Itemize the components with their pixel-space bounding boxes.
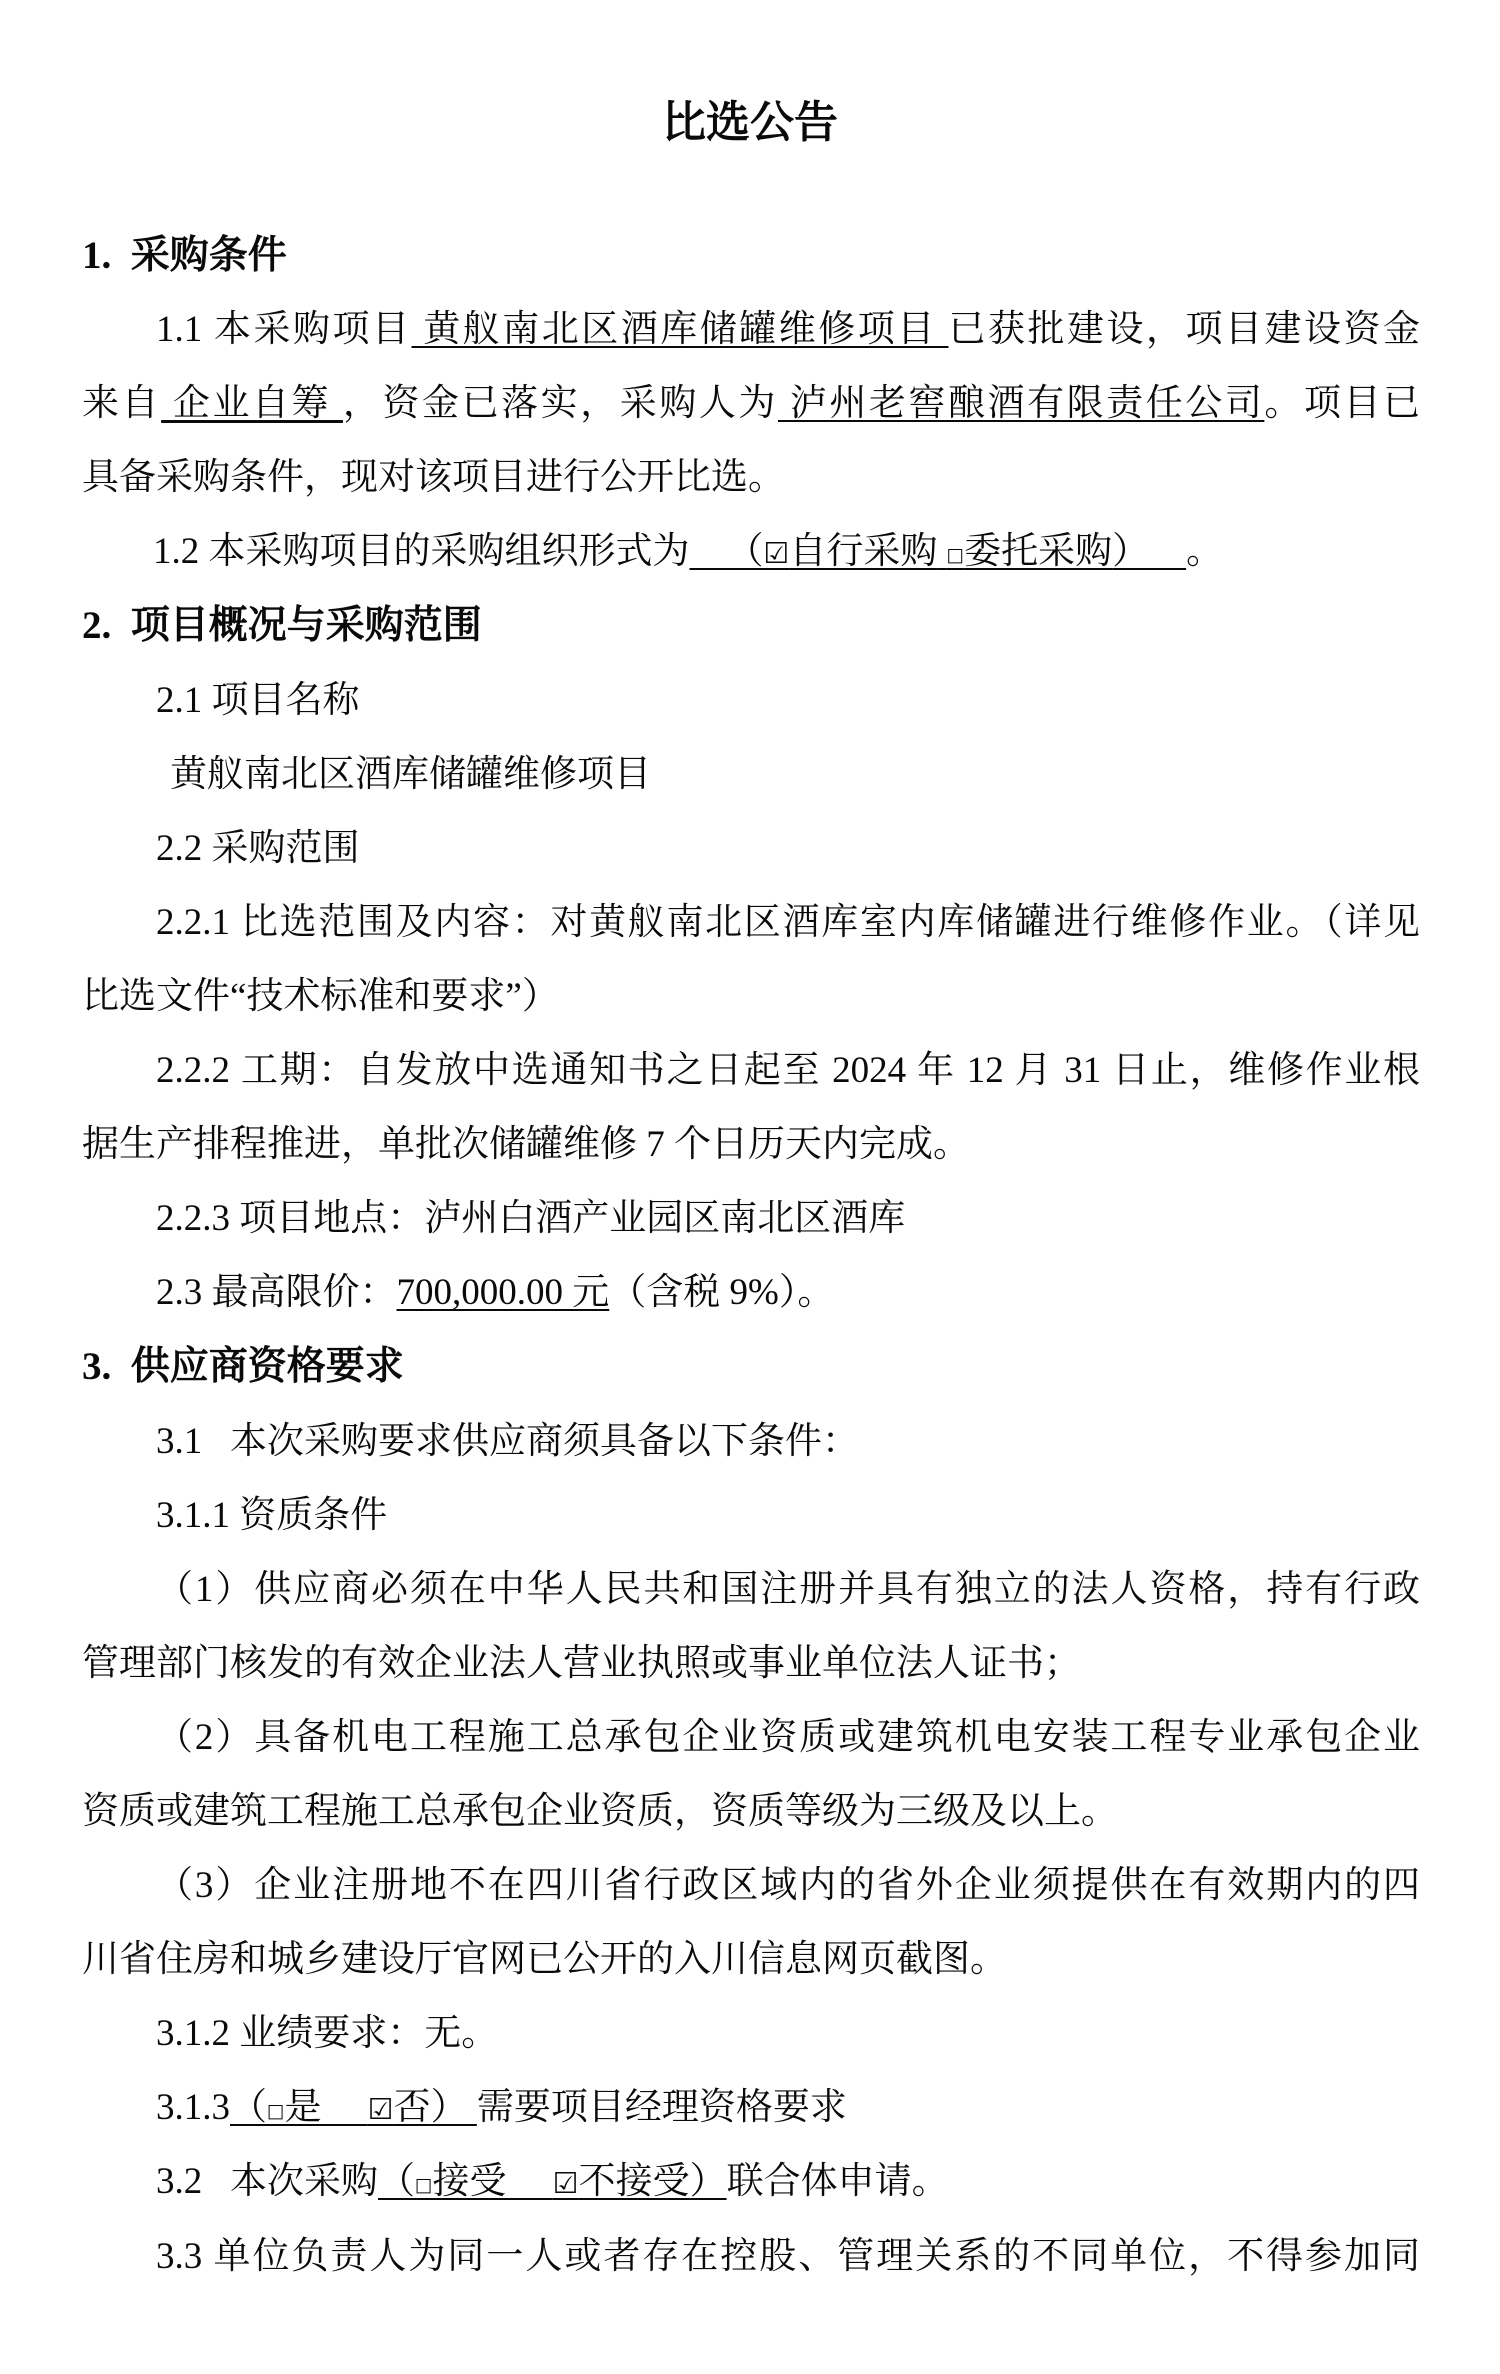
paren-open: （ — [690, 531, 764, 572]
clause-3-1-1: 3.1.1 资质条件 — [82, 1479, 1420, 1553]
clause-3-2: 3.2 本次采购（□接受 ☑不接受）联合体申请。 — [82, 2145, 1420, 2219]
clause-number: 3.1.2 — [156, 2013, 239, 2054]
clause-number: 2.2.1 — [156, 902, 241, 943]
fund-source-field: 企业自筹 — [161, 383, 343, 424]
clause-text: 本采购项目 — [214, 309, 412, 350]
clause-2-1: 2.1 项目名称 — [82, 664, 1420, 738]
clause-number: 3.1 — [156, 1421, 230, 1462]
option-entrusted-procurement: 委托采购 — [964, 531, 1112, 572]
section-heading-procurement-conditions: 1. 采购条件 — [82, 219, 1420, 293]
clause-2-2-2-line-1: 2.2.2 工期：自发放中选通知书之日起至 2024 年 12 月 31 日止，… — [82, 1034, 1420, 1108]
paren-open: （ — [230, 2087, 267, 2128]
clause-1-1-line-1: 1.1 本采购项目 黄舣南北区酒库储罐维修项目 已获批建设，项目建设资金 — [82, 293, 1420, 367]
clause-number: 1.1 — [156, 309, 214, 350]
item-marker: （1） — [156, 1569, 254, 1610]
checkbox-checked-icon: ☑ — [368, 2092, 394, 2126]
option-accept: 接受 — [432, 2161, 506, 2202]
clause-number: 3.1.1 — [156, 1495, 239, 1536]
option-reject: 不接受 — [579, 2161, 690, 2202]
qualification-item-2-line-1: （2）具备机电工程施工总承包企业资质或建筑机电安装工程专业承包企业 — [82, 1701, 1420, 1775]
paren-close: ） — [690, 2161, 727, 2202]
paren-close: ） — [1112, 531, 1186, 572]
clause-2-2-2-line-2: 据生产排程推进，单批次储罐维修 7 个日历天内完成。 — [82, 1108, 1420, 1182]
clause-number: 3.3 — [156, 2236, 213, 2277]
clause-text: 本采购项目的采购组织形式为 — [209, 531, 690, 572]
clause-text: 联合体申请。 — [727, 2161, 949, 2202]
clause-2-3: 2.3 最高限价：700,000.00 元（含税 9%）。 — [82, 1256, 1420, 1330]
item-marker: （2） — [156, 1717, 254, 1758]
qualification-item-1-line-1: （1）供应商必须在中华人民共和国注册并具有独立的法人资格，持有行政 — [82, 1553, 1420, 1627]
section-heading-supplier-qualifications: 3. 供应商资格要求 — [82, 1330, 1420, 1404]
clause-text: 需要项目经理资格要求 — [477, 2087, 847, 2128]
section-heading-project-overview: 2. 项目概况与采购范围 — [82, 589, 1420, 663]
spacer — [321, 2087, 367, 2128]
document-page: 比选公告 1. 采购条件 1.1 本采购项目 黄舣南北区酒库储罐维修项目 已获批… — [0, 0, 1500, 2374]
clause-3-1: 3.1 本次采购要求供应商须具备以下条件： — [82, 1405, 1420, 1479]
clause-text: ，资金已落实，采购人为 — [343, 383, 778, 424]
project-name: 黄舣南北区酒库储罐维修项目 — [82, 738, 1420, 812]
option-yes: 是 — [284, 2087, 321, 2128]
clause-1-1-line-3: 具备采购条件，现对该项目进行公开比选。 — [82, 441, 1420, 515]
clause-text: 比选范围及内容：对黄舣南北区酒库室内库储罐进行维修作业。（详见 — [241, 902, 1420, 943]
clause-3-3-line-1: 3.3 单位负责人为同一人或者存在控股、管理关系的不同单位，不得参加同 — [82, 2220, 1420, 2294]
procurement-form-options: （☑自行采购 □委托采购） — [690, 531, 1187, 572]
clause-text: 资质条件 — [239, 1495, 387, 1536]
clause-text: 。项目已 — [1264, 383, 1420, 424]
clause-number: 2.2.2 — [156, 1050, 241, 1091]
spacer — [937, 531, 946, 572]
qualification-item-2-line-2: 资质或建筑工程施工总承包企业资质，资质等级为三级及以上。 — [82, 1775, 1420, 1849]
qualification-item-3-line-2: 川省住房和城乡建设厅官网已公开的入川信息网页截图。 — [82, 1923, 1420, 1997]
clause-text: 本次采购 — [230, 2161, 378, 2202]
clause-text: 已获批建设，项目建设资金 — [949, 309, 1421, 350]
clause-2-2-3: 2.2.3 项目地点：泸州白酒产业园区南北区酒库 — [82, 1182, 1420, 1256]
checkbox-unchecked-icon: □ — [267, 2101, 284, 2122]
item-text: 企业注册地不在四川省行政区域内的省外企业须提供在有效期内的四 — [254, 1865, 1420, 1906]
checkbox-unchecked-icon: □ — [947, 545, 964, 566]
clause-text: 本次采购要求供应商须具备以下条件： — [230, 1421, 859, 1462]
project-manager-requirement-options: （□是 ☑否） — [230, 2087, 477, 2128]
clause-1-1-line-2: 来自 企业自筹 ，资金已落实，采购人为 泸州老窖酿酒有限责任公司。项目已 — [82, 367, 1420, 441]
item-text: 具备机电工程施工总承包企业资质或建筑机电安装工程专业承包企业 — [254, 1717, 1420, 1758]
clause-text: 最高限价： — [212, 1272, 397, 1313]
qualification-item-1-line-2: 管理部门核发的有效企业法人营业执照或事业单位法人证书； — [82, 1627, 1420, 1701]
option-no: 否 — [394, 2087, 431, 2128]
paren-close: ） — [431, 2087, 477, 2128]
clause-text: 来自 — [82, 383, 161, 424]
clause-number: 3.1.3 — [156, 2087, 230, 2128]
clause-number: 1.2 — [153, 531, 209, 572]
clause-number: 2.2.3 — [156, 1198, 239, 1239]
consortium-options: （□接受 ☑不接受） — [378, 2161, 727, 2202]
item-marker: （3） — [156, 1865, 254, 1906]
document-body: 1. 采购条件 1.1 本采购项目 黄舣南北区酒库储罐维修项目 已获批建设，项目… — [82, 219, 1420, 2294]
document-title: 比选公告 — [0, 86, 1500, 160]
clause-text: 。 — [1186, 531, 1223, 572]
clause-number: 3.2 — [156, 2161, 230, 2202]
checkbox-checked-icon: ☑ — [764, 536, 790, 570]
clause-text: （含税 9%）。 — [609, 1272, 834, 1313]
clause-2-2: 2.2 采购范围 — [82, 812, 1420, 886]
clause-number: 2.3 — [156, 1272, 212, 1313]
paren-open: （ — [378, 2161, 415, 2202]
purchaser-field: 泸州老窖酿酒有限责任公司 — [778, 383, 1264, 424]
qualification-item-3-line-1: （3）企业注册地不在四川省行政区域内的省外企业须提供在有效期内的四 — [82, 1849, 1420, 1923]
clause-text: 项目名称 — [212, 680, 360, 721]
checkbox-checked-icon: ☑ — [553, 2166, 579, 2200]
clause-text: 项目地点：泸州白酒产业园区南北区酒库 — [239, 1198, 905, 1239]
clause-text: 业绩要求：无。 — [239, 2013, 498, 2054]
item-text: 供应商必须在中华人民共和国注册并具有独立的法人资格，持有行政 — [254, 1569, 1420, 1610]
option-self-procurement: 自行采购 — [789, 531, 937, 572]
clause-2-2-1-line-1: 2.2.1 比选范围及内容：对黄舣南北区酒库室内库储罐进行维修作业。（详见 — [82, 886, 1420, 960]
checkbox-unchecked-icon: □ — [415, 2175, 432, 2196]
clause-3-1-2: 3.1.2 业绩要求：无。 — [82, 1997, 1420, 2071]
project-name-field: 黄舣南北区酒库储罐维修项目 — [412, 309, 949, 350]
clause-2-2-1-line-2: 比选文件“技术标准和要求”） — [82, 960, 1420, 1034]
max-price-field: 700,000.00 元 — [397, 1272, 610, 1313]
clause-text: 工期：自发放中选通知书之日起至 2024 年 12 月 31 日止，维修作业根 — [241, 1050, 1420, 1091]
clause-text: 单位负责人为同一人或者存在控股、管理关系的不同单位，不得参加同 — [213, 2236, 1420, 2277]
clause-text: 采购范围 — [212, 828, 360, 869]
clause-3-1-3: 3.1.3（□是 ☑否） 需要项目经理资格要求 — [82, 2071, 1420, 2145]
spacer — [506, 2161, 552, 2202]
clause-number: 2.1 — [156, 680, 212, 721]
clause-1-2: 1.2 本采购项目的采购组织形式为 （☑自行采购 □委托采购） 。 — [82, 515, 1420, 589]
clause-number: 2.2 — [156, 828, 212, 869]
